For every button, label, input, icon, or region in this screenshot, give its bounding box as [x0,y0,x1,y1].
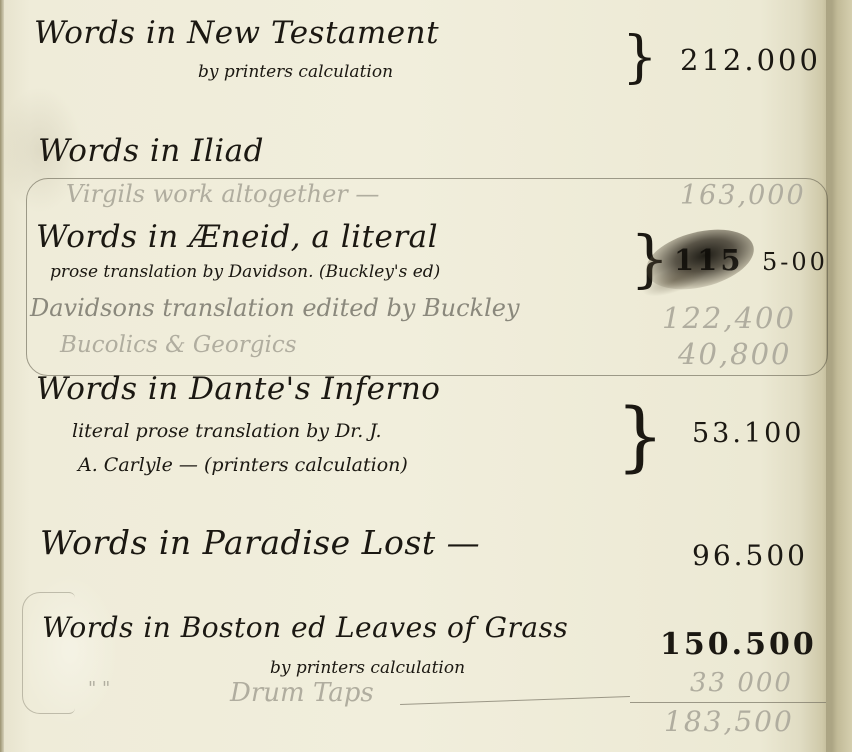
entry-aeneid-value-smudged: 115 [674,246,744,275]
entry-leaves-of-grass-value: 150.500 [660,630,817,660]
total-value: 183,500 [664,708,794,736]
binding-shadow [826,0,852,752]
pencil-leader-line [400,696,630,705]
manuscript-page: Words in New Testament by printers calcu… [0,0,852,752]
entry-leaves-of-grass-heading: Words in Boston ed Leaves of Grass [42,614,568,642]
ditto-marks: " " [88,680,110,698]
entry-bucolics-value: 40,800 [678,340,791,369]
entry-bucolics-heading: Bucolics & Georgics [60,334,297,357]
entry-leaves-of-grass-note: by printers calculation [270,660,465,677]
entry-paradise-lost-heading: Words in Paradise Lost — [40,526,480,559]
entry-aeneid-value: 5-00 [762,250,828,274]
entry-virgil-heading: Virgils work altogether — [66,182,379,206]
page-left-edge [0,0,4,752]
entry-new-testament-value: 212.000 [680,46,821,75]
entry-virgil-value: 163,000 [680,182,806,209]
entry-davidson-value: 122,400 [662,304,796,333]
sum-rule [630,702,826,703]
entry-new-testament-note: by printers calculation [198,64,393,81]
entry-drum-taps-value: 33 000 [690,670,793,696]
entry-dante-note-2: A. Carlyle — (printers calculation) [78,456,408,475]
entry-iliad-heading: Words in Iliad [38,136,264,167]
entry-dante-note-1: literal prose translation by Dr. J. [72,422,382,441]
entry-drum-taps-heading: Drum Taps [230,680,374,706]
entry-new-testament-heading: Words in New Testament [34,18,439,49]
entry-aeneid-note: prose translation by Davidson. (Buckley'… [50,264,440,281]
brace: } [622,30,658,86]
entry-paradise-lost-value: 96.500 [692,542,808,570]
entry-dante-heading: Words in Dante's Inferno [36,374,440,405]
entry-davidson-heading: Davidsons translation edited by Buckley [30,296,520,320]
entry-aeneid-heading: Words in Æneid, a literal [36,222,438,253]
entry-dante-value: 53.100 [692,420,804,447]
brace: } [616,398,664,474]
